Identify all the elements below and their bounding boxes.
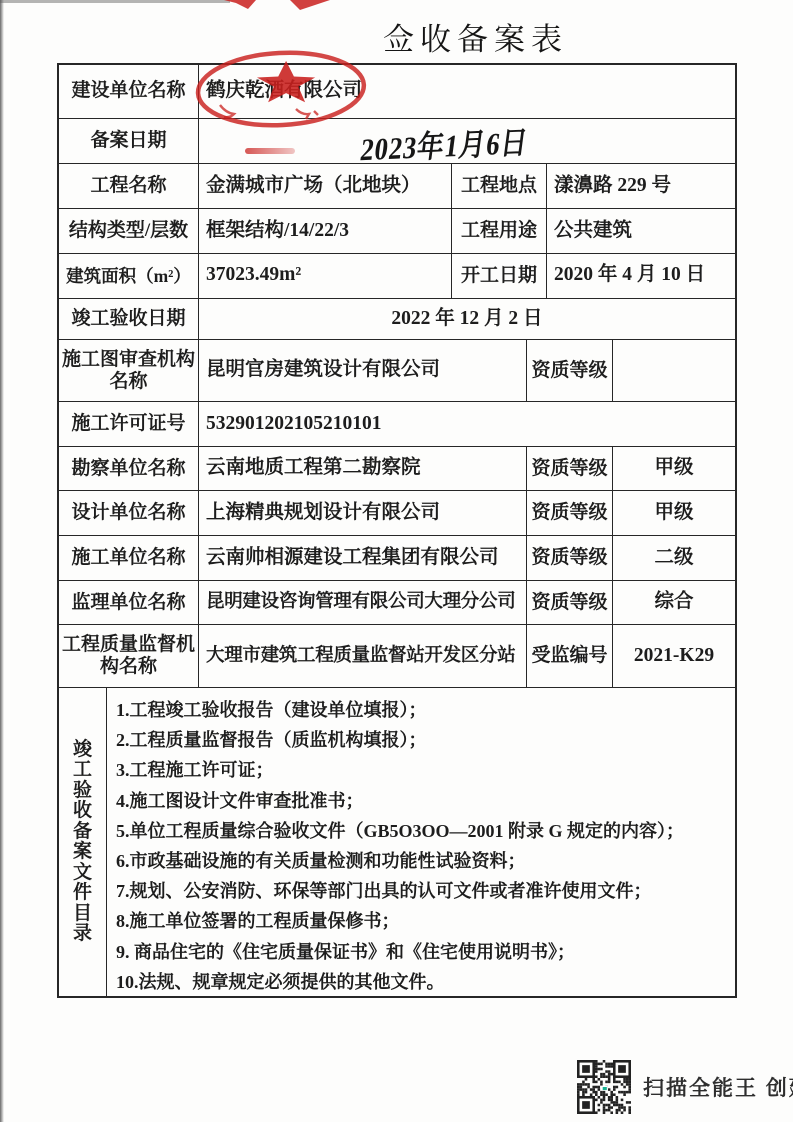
vertical-label-char: 验 [73, 781, 92, 802]
checklist-item: 2.工程质量监督报告（质监机构填报）； [116, 725, 731, 755]
field-label: 结构类型/层数 [59, 209, 199, 253]
acceptance-filing-table: 建设单位名称 鹤庆乾酒有限公司 备案日期 工程名称 金满城市广场（北地块） 工程… [57, 63, 737, 998]
scanner-app-label: 扫描全能王 创建 [643, 1072, 793, 1102]
field-value: 云南地质工程第二勘察院 [199, 447, 527, 491]
vertical-label-char: 竣 [73, 740, 92, 761]
field-label: 监理单位名称 [59, 581, 199, 625]
checklist-item: 5.单位工程质量综合验收文件（GB5O3OO—2001 附录 G 规定的内容）； [116, 816, 731, 846]
red-stamp-fragment-icon [222, 0, 332, 12]
vertical-label-char: 目 [73, 904, 92, 925]
field-value: 532901202105210101 [199, 402, 735, 446]
vertical-label-char: 工 [73, 760, 92, 781]
field-label: 设计单位名称 [59, 491, 199, 535]
page-title: 佥收备案表 [383, 14, 643, 59]
field-value: 甲级 [613, 491, 735, 535]
field-label: 建筑面积（m²） [59, 254, 199, 298]
field-label: 勘察单位名称 [59, 447, 199, 491]
field-value: 甲级 [613, 447, 735, 491]
row-drawing-review-agency: 施工图审查机构名称 昆明官房建筑设计有限公司 资质等级 [59, 340, 735, 402]
checklist-items: 1.工程竣工验收报告（建设单位填报）；2.工程质量监督报告（质监机构填报）；3.… [107, 688, 735, 996]
field-value: 公共建筑 [547, 209, 735, 253]
handwritten-filing-date: 2023年1月6日 [358, 117, 532, 170]
row-construction-permit-number: 施工许可证号 532901202105210101 [59, 402, 735, 447]
checklist-item: 7.规划、公安消防、环保等部门出具的认可文件或者准许使用文件； [116, 876, 731, 906]
row-project-name: 工程名称 金满城市广场（北地块） 工程地点 漾濞路 229 号 [59, 164, 735, 209]
field-value: 漾濞路 229 号 [547, 164, 735, 208]
field-value: 综合 [613, 581, 735, 625]
field-label: 施工单位名称 [59, 536, 199, 580]
field-label: 工程名称 [59, 164, 199, 208]
row-construction-unit-builder: 施工单位名称 云南帅相源建设工程集团有限公司 资质等级 二级 [59, 536, 735, 581]
checklist-item: 4.施工图设计文件审查批准书； [116, 786, 731, 816]
vertical-label-char: 案 [73, 842, 92, 863]
field-label: 资质等级 [527, 340, 613, 401]
field-label: 建设单位名称 [59, 65, 199, 118]
field-label: 备案日期 [59, 119, 199, 164]
vertical-section-label: 竣工验收备案文件目录 [59, 688, 107, 996]
field-value: 鹤庆乾酒有限公司 [199, 65, 735, 118]
scanner-watermark: 扫描全能王 创建 [577, 1060, 793, 1114]
field-label: 工程地点 [452, 164, 547, 208]
field-label: 资质等级 [527, 581, 613, 625]
field-value: 2020 年 4 月 10 日 [547, 254, 735, 298]
scanned-document-page: { "page": { "title": "佥收备案表" }, "handwri… [0, 0, 793, 1122]
scan-edge-shadow [0, 0, 4, 1122]
qr-code-icon [577, 1060, 631, 1114]
field-label: 资质等级 [527, 447, 613, 491]
row-quality-supervision-agency: 工程质量监督机构名称 大理市建筑工程质量监督站开发区分站 受监编号 2021-K… [59, 625, 735, 688]
field-value: 昆明官房建筑设计有限公司 [199, 340, 527, 401]
checklist-item: 10.法规、规章规定必须提供的其他文件。 [116, 967, 731, 997]
row-filing-document-checklist: 竣工验收备案文件目录 1.工程竣工验收报告（建设单位填报）；2.工程质量监督报告… [59, 688, 735, 996]
row-construction-unit: 建设单位名称 鹤庆乾酒有限公司 [59, 65, 735, 119]
field-label: 资质等级 [527, 491, 613, 535]
row-structure-type: 结构类型/层数 框架结构/14/22/3 工程用途 公共建筑 [59, 209, 735, 254]
field-label: 工程质量监督机构名称 [59, 625, 199, 687]
row-building-area: 建筑面积（m²） 37023.49m² 开工日期 2020 年 4 月 10 日 [59, 254, 735, 299]
field-value: 大理市建筑工程质量监督站开发区分站 [199, 625, 527, 687]
vertical-label-char: 备 [73, 822, 92, 843]
vertical-label-char: 件 [73, 883, 92, 904]
checklist-item: 3.工程施工许可证； [116, 755, 731, 785]
field-label: 开工日期 [452, 254, 547, 298]
field-label: 竣工验收日期 [59, 299, 199, 340]
field-value: 2022 年 12 月 2 日 [199, 299, 735, 340]
field-label: 施工许可证号 [59, 402, 199, 446]
field-value: 框架结构/14/22/3 [199, 209, 452, 253]
vertical-label-char: 收 [73, 801, 92, 822]
checklist-item: 8.施工单位签署的工程质量保修书； [116, 906, 731, 936]
checklist-item: 6.市政基础设施的有关质量检测和功能性试验资料； [116, 846, 731, 876]
row-completion-acceptance-date: 竣工验收日期 2022 年 12 月 2 日 [59, 299, 735, 341]
stamp-smudge-mark [245, 148, 295, 154]
row-supervision-unit: 监理单位名称 昆明建设咨询管理有限公司大理分公司 资质等级 综合 [59, 581, 735, 626]
field-label: 工程用途 [452, 209, 547, 253]
checklist-item: 9. 商品住宅的《住宅质量保证书》和《住宅使用说明书》； [116, 937, 731, 967]
field-value: 2021-K29 [613, 625, 735, 687]
field-value: 金满城市广场（北地块） [199, 164, 452, 208]
field-value: 云南帅相源建设工程集团有限公司 [199, 536, 527, 580]
checklist-item: 1.工程竣工验收报告（建设单位填报）； [116, 695, 731, 725]
field-value [613, 340, 735, 401]
row-design-unit: 设计单位名称 上海精典规划设计有限公司 资质等级 甲级 [59, 491, 735, 536]
field-value: 37023.49m² [199, 254, 452, 298]
scan-edge-shadow-top [0, 0, 230, 3]
vertical-label-char: 录 [73, 924, 92, 945]
field-value: 上海精典规划设计有限公司 [199, 491, 527, 535]
field-value: 二级 [613, 536, 735, 580]
field-value: 昆明建设咨询管理有限公司大理分公司 [199, 581, 527, 625]
field-label: 受监编号 [527, 625, 613, 687]
row-survey-unit: 勘察单位名称 云南地质工程第二勘察院 资质等级 甲级 [59, 447, 735, 492]
field-label: 资质等级 [527, 536, 613, 580]
vertical-label-char: 文 [73, 863, 92, 884]
field-label: 施工图审查机构名称 [59, 340, 199, 401]
